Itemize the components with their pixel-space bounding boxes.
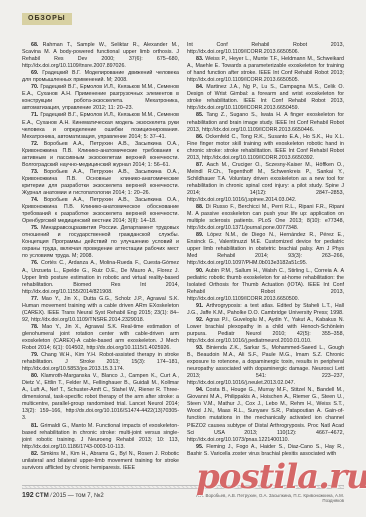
reference-number: 87.	[196, 162, 206, 168]
reference-number: 73.	[31, 169, 44, 175]
reference-number: 94.	[196, 387, 206, 393]
reference-entry: 83. Weiss P., Heyer L., Munte T.F., Held…	[187, 56, 344, 84]
reference-entry: 86. Ockenfeld C., Tong R.K., Susanto E.A…	[187, 134, 344, 162]
reference-number: 74.	[31, 197, 44, 203]
reference-entry: 68. Rahman T., Sample W., Seliktar R., A…	[22, 42, 179, 70]
reference-number: 72.	[31, 141, 44, 147]
reference-entry: 95. Fleming J., Fogo A., Haider S., Diaz…	[187, 444, 344, 458]
reference-number: 71.	[31, 112, 40, 118]
reference-entry: 73. Воробьев А.А., Петрухин А.В., Засыпк…	[22, 169, 179, 197]
reference-entry: 80. Klamroth-Marganska V., Blanco J., Ca…	[22, 373, 179, 422]
reference-entry: 90. Aubin P.M., Sallum H., Walsh C., Sti…	[187, 268, 344, 303]
reference-entry: 81. Grimaldi G., Manto M. Functional imp…	[22, 423, 179, 451]
section-label: ОБЗОРЫ	[22, 13, 72, 25]
reference-entry: 91. Arthrogryposis: a text atlas. Edited…	[187, 303, 344, 317]
reference-entry: 71. Градецкий В.Г., Ермолов И.Л., Князьк…	[22, 112, 179, 140]
journal-page: ОБЗОРЫ 68. Rahman T., Sample W., Selikta…	[0, 0, 366, 517]
reference-number: 77.	[31, 296, 42, 302]
footer-authors: А.А. Воробьев, А.В. Петрухин, О.А. Засып…	[174, 493, 344, 503]
reference-number: 79.	[31, 352, 41, 358]
reference-number: 92.	[196, 317, 206, 323]
reference-entry: 75. Минздравсоцразвития России. Департам…	[22, 225, 179, 260]
reference-entry: 84. Martinez J.A., Ng P., Lu S., Campagn…	[187, 84, 344, 112]
references-column-left: 68. Rahman T., Sample W., Seliktar R., A…	[22, 42, 179, 479]
reference-entry: 76. Cortés C., Ardanza A., Molina-Rueda …	[22, 260, 179, 295]
reference-entry: 87. Aach M., Cruciger O., Sczesny-Kaiser…	[187, 162, 344, 204]
reference-number: 68.	[31, 42, 43, 48]
footer-journal-info: 192 СТМ/2015 — том 7, №2	[22, 492, 104, 499]
page-number: 192	[22, 492, 34, 499]
reference-entry: 79. Chang W.H., Kim Y.H. Robot-assisted …	[22, 352, 179, 373]
reference-entry: Int Conf Rehabil Robot 2013, http://dx.d…	[187, 42, 344, 56]
reference-number: 91.	[196, 303, 206, 309]
reference-number: 76.	[31, 260, 41, 266]
reference-entry: 70. Градецкий В.Г., Ермолов И.Л., Князьк…	[22, 84, 179, 112]
reference-number: 82.	[31, 451, 40, 457]
reference-entry: 88. Di Russo F., Berchicci M., Perri R.L…	[187, 204, 344, 232]
issue-info: 2015 — том 7, №2	[53, 493, 104, 499]
reference-entry: 72. Воробьев А.А., Петрухин А.В., Засыпк…	[22, 141, 179, 169]
reference-entry: 69. Градецкий В.Г. Моделирование движени…	[22, 70, 179, 84]
page-footer: 192 СТМ/2015 — том 7, №2 А.А. Воробьев, …	[22, 492, 344, 503]
reference-number: 78.	[31, 324, 42, 330]
reference-entry: 85. Tang Z., Sugano S., Iwata H. A finge…	[187, 112, 344, 133]
reference-number: 69.	[31, 70, 42, 76]
reference-entry: 78. Mao Y., Jin X., Agrawal S.K. Real-ti…	[22, 324, 179, 352]
references-columns: 68. Rahman T., Sample W., Seliktar R., A…	[22, 42, 344, 479]
reference-number: 81.	[31, 423, 40, 429]
reference-entry: 94. Costa B., Houge G., Murray M.F., Sti…	[187, 387, 344, 443]
reference-number: 80.	[31, 373, 41, 379]
reference-number: 86.	[196, 134, 206, 140]
reference-entry: 74. Воробьев А.А., Петрухин А.В., Засыпк…	[22, 197, 179, 225]
reference-entry: 92. Agras P.I., Guveloglu M., Aydin Y., …	[187, 317, 344, 345]
journal-abbreviation: СТМ	[35, 493, 49, 499]
reference-number: 89.	[196, 232, 207, 238]
reference-number: 88.	[196, 204, 206, 210]
reference-number: 84.	[196, 84, 206, 90]
reference-entry: 89. López N.M., de Diego N., Hernández R…	[187, 232, 344, 267]
reference-number: 95.	[196, 444, 206, 450]
reference-entry: 93. Binienda Z.K., Sarkar S., Mohammed-S…	[187, 345, 344, 387]
reference-number: 83.	[196, 56, 205, 62]
reference-entry: 82. Simkins M., Kim H., Abrams G., Byl N…	[22, 451, 179, 472]
reference-entry: 77. Mao Y., Jin X., Dutta G.G., Scholz J…	[22, 296, 179, 324]
reference-number: 75.	[31, 225, 41, 231]
reference-number: 90.	[196, 268, 206, 274]
reference-number: 70.	[31, 84, 40, 90]
footer-divider	[22, 485, 344, 489]
reference-number: 93.	[196, 345, 206, 351]
reference-number: 85.	[196, 112, 206, 118]
references-column-right: Int Conf Rehabil Robot 2013, http://dx.d…	[187, 42, 344, 479]
